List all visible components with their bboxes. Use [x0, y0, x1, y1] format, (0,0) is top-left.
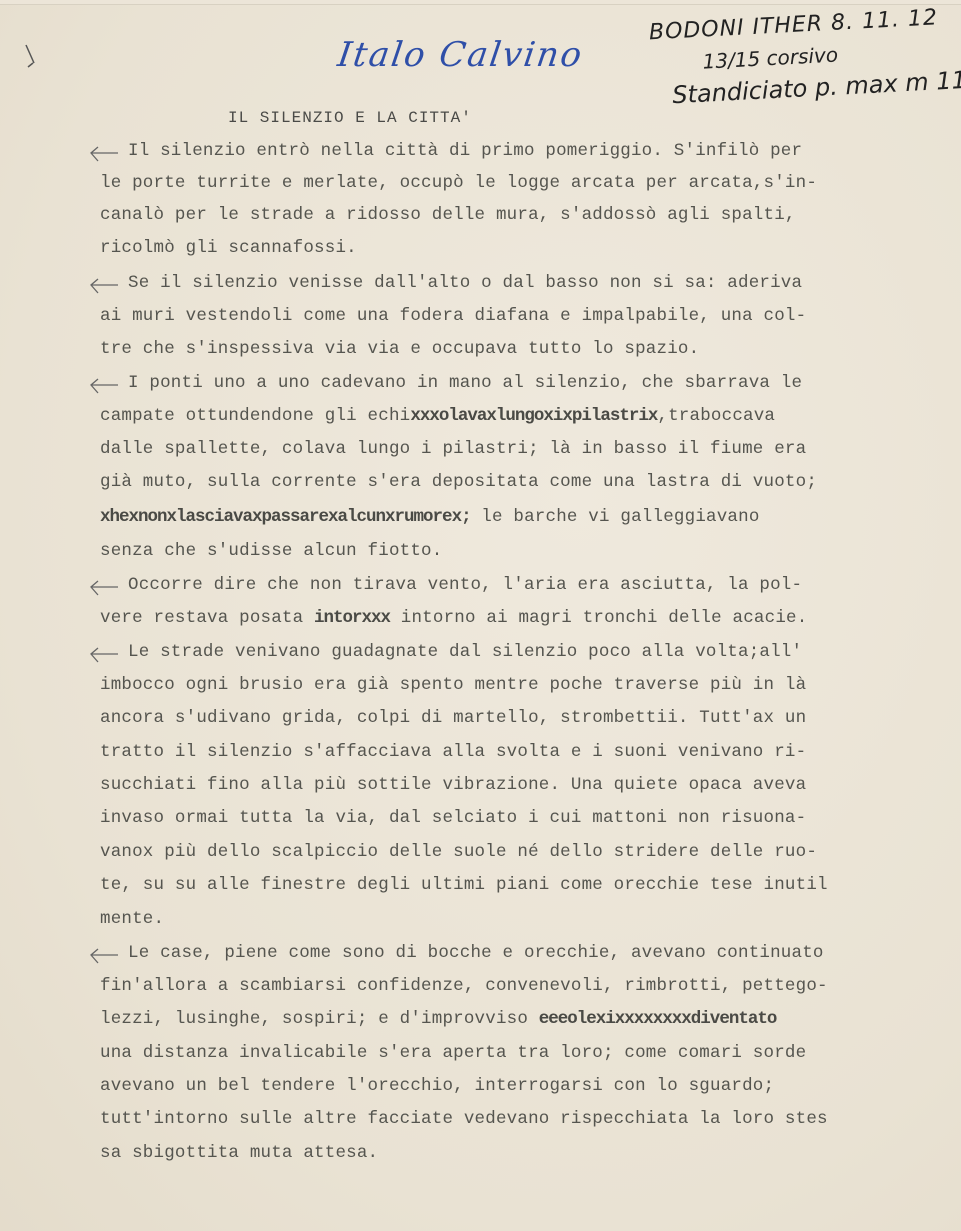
text-line: le porte turrite e merlate, occupò le lo…	[100, 173, 817, 193]
line-text: senza che s'udisse alcun fiotto.	[100, 541, 442, 561]
line-text: I ponti uno a uno cadevano in mano al si…	[128, 373, 802, 393]
text-line: già muto, sulla corrente s'era depositat…	[100, 472, 817, 492]
line-text-continuation: intorno ai magri tronchi delle acacie.	[390, 608, 807, 628]
line-text: lezzi, lusinghe, sospiri; e d'improvviso	[100, 1009, 539, 1029]
text-line: canalò per le strade a ridosso delle mur…	[100, 205, 796, 225]
line-text: vanox più dello scalpiccio delle suole n…	[100, 842, 817, 862]
text-line: avevano un bel tendere l'orecchio, inter…	[100, 1076, 774, 1096]
text-line: xhexnonxlasciavaxpassarexalcunxrumorex; …	[100, 507, 760, 527]
line-text: una distanza invalicabile s'era aperta t…	[100, 1043, 806, 1063]
handwritten-signature: Italo Calvino	[335, 35, 586, 75]
struck-out-text: intorxxx	[314, 608, 390, 628]
text-line: tutt'intorno sulle altre facciate vedeva…	[100, 1109, 828, 1129]
line-text: ancora s'udivano grida, colpi di martell…	[100, 708, 806, 728]
line-text: te, su su alle finestre degli ultimi pia…	[100, 875, 828, 895]
text-line: vere restava posata intorxxx intorno ai …	[100, 608, 807, 628]
text-line: Se il silenzio venisse dall'alto o dal b…	[128, 273, 802, 293]
paragraph-arrow-icon	[88, 145, 120, 165]
note-line: BODONI ITHER 8. 11. 12	[648, 5, 938, 45]
text-line: fin'allora a scambiarsi confidenze, conv…	[100, 976, 828, 996]
note-line: 13/15 corsivo	[702, 43, 839, 74]
line-text: già muto, sulla corrente s'era depositat…	[100, 472, 817, 492]
manuscript-page: Italo Calvino BODONI ITHER 8. 11. 12 13/…	[0, 4, 961, 1231]
pencil-tick-mark	[24, 43, 44, 71]
line-text: Le case, piene come sono di bocche e ore…	[128, 943, 824, 963]
text-line: mente.	[100, 909, 164, 929]
text-line: ai muri vestendoli come una fodera diafa…	[100, 306, 806, 326]
line-text: imbocco ogni brusio era già spento mentr…	[100, 675, 806, 695]
text-line: imbocco ogni brusio era già spento mentr…	[100, 675, 806, 695]
text-line: invaso ormai tutta la via, dal selciato …	[100, 808, 806, 828]
text-line: sa sbigottita muta attesa.	[100, 1143, 378, 1163]
text-line: senza che s'udisse alcun fiotto.	[100, 541, 442, 561]
line-text: ai muri vestendoli come una fodera diafa…	[100, 306, 806, 326]
text-line: Occorre dire che non tirava vento, l'ari…	[128, 575, 802, 595]
document-title: IL SILENZIO E LA CITTA'	[228, 109, 472, 127]
paragraph-arrow-icon	[88, 377, 120, 397]
text-line: te, su su alle finestre degli ultimi pia…	[100, 875, 828, 895]
line-text: tutt'intorno sulle altre facciate vedeva…	[100, 1109, 828, 1129]
line-text: Occorre dire che non tirava vento, l'ari…	[128, 575, 802, 595]
line-text: mente.	[100, 909, 164, 929]
line-text: le porte turrite e merlate, occupò le lo…	[100, 173, 817, 193]
text-line: ricolmò gli scannafossi.	[100, 238, 357, 258]
line-text: vere restava posata	[100, 608, 314, 628]
text-line: Il silenzio entrò nella città di primo p…	[128, 141, 802, 161]
line-text: campate ottundendone gli echi	[100, 406, 410, 426]
text-line: dalle spallette, colava lungo i pilastri…	[100, 439, 806, 459]
line-text: succhiati fino alla più sottile vibrazio…	[100, 775, 806, 795]
struck-out-text: xxxolavaxlungoxixpilastrix	[410, 406, 657, 426]
line-text-continuation: ,traboccava	[657, 406, 775, 426]
paragraph-arrow-icon	[88, 646, 120, 666]
line-text: tratto il silenzio s'affacciava alla svo…	[100, 742, 806, 762]
line-text: Le strade venivano guadagnate dal silenz…	[128, 642, 802, 662]
text-line: campate ottundendone gli echixxxolavaxlu…	[100, 406, 775, 426]
text-line: una distanza invalicabile s'era aperta t…	[100, 1043, 806, 1063]
line-text: dalle spallette, colava lungo i pilastri…	[100, 439, 806, 459]
line-text: sa sbigottita muta attesa.	[100, 1143, 378, 1163]
line-text: avevano un bel tendere l'orecchio, inter…	[100, 1076, 774, 1096]
text-line: Le case, piene come sono di bocche e ore…	[128, 943, 824, 963]
line-text: invaso ormai tutta la via, dal selciato …	[100, 808, 806, 828]
struck-out-text: xhexnonxlasciavaxpassarexalcunxrumorex;	[100, 507, 471, 527]
text-line: succhiati fino alla più sottile vibrazio…	[100, 775, 806, 795]
line-text: Il silenzio entrò nella città di primo p…	[128, 141, 802, 161]
text-line: lezzi, lusinghe, sospiri; e d'improvviso…	[100, 1009, 776, 1029]
text-line: Le strade venivano guadagnate dal silenz…	[128, 642, 802, 662]
text-line: vanox più dello scalpiccio delle suole n…	[100, 842, 817, 862]
text-line: I ponti uno a uno cadevano in mano al si…	[128, 373, 802, 393]
line-text: canalò per le strade a ridosso delle mur…	[100, 205, 796, 225]
struck-out-text: eeeolexixxxxxxxxdiventato	[539, 1009, 777, 1029]
text-line: tre che s'inspessiva via via e occupava …	[100, 339, 699, 359]
line-text: ricolmò gli scannafossi.	[100, 238, 357, 258]
line-text: Se il silenzio venisse dall'alto o dal b…	[128, 273, 802, 293]
paragraph-arrow-icon	[88, 947, 120, 967]
handwritten-typesetting-notes: BODONI ITHER 8. 11. 12 13/15 corsivo Sta…	[640, 1, 940, 17]
line-text-continuation: le barche vi galleggiavano	[471, 507, 760, 527]
text-line: tratto il silenzio s'affacciava alla svo…	[100, 742, 806, 762]
paragraph-arrow-icon	[88, 579, 120, 599]
line-text: tre che s'inspessiva via via e occupava …	[100, 339, 699, 359]
text-line: ancora s'udivano grida, colpi di martell…	[100, 708, 806, 728]
paragraph-arrow-icon	[88, 277, 120, 297]
line-text: fin'allora a scambiarsi confidenze, conv…	[100, 976, 828, 996]
